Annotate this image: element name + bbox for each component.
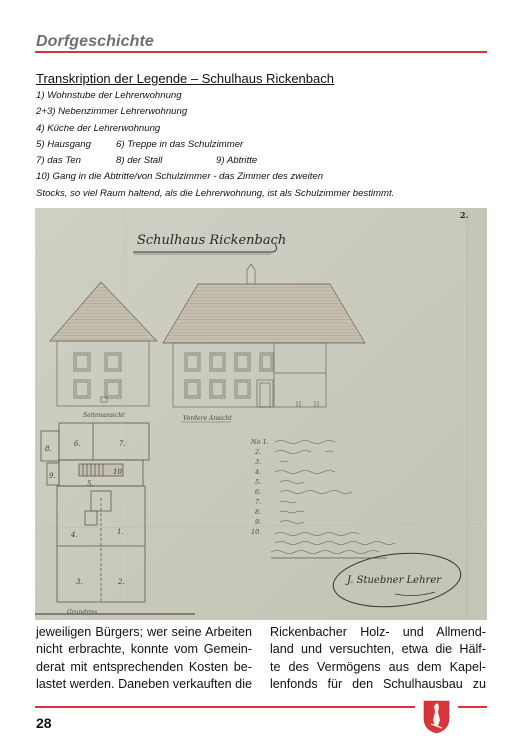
legend-number: No 1. xyxy=(250,438,269,446)
legend-item-6: 6) Treppe in das Schulzimmer xyxy=(116,137,243,153)
room-label: 10. xyxy=(113,468,124,476)
room-label: 9. xyxy=(49,472,56,480)
caption-side-elevation: Seitenansicht xyxy=(83,412,125,419)
room-label: 1. xyxy=(117,528,124,536)
body-line: Rickenbacher Holz- und Allmend- xyxy=(270,624,486,641)
legend-line-row7: 7) das Ten8) der Stall9) Abtritte xyxy=(36,153,506,169)
legend-number: 7. xyxy=(255,498,261,506)
room-label: 7. xyxy=(119,440,126,448)
room-label: 3. xyxy=(76,578,83,586)
legend-line: 2+3) Nebenzimmer Lehrerwohnung xyxy=(36,104,506,120)
body-line: nicht erbrachte, konnte vom Gemein- xyxy=(36,641,252,658)
legend-number: 2. xyxy=(254,448,261,456)
signature-text: J. Stuebner Lehrer xyxy=(345,575,442,586)
legend-line-row5: 5) Hausgang6) Treppe in das Schulzimmer xyxy=(36,137,506,153)
legend-line: 1) Wohnstube der Lehrerwohnung xyxy=(36,88,506,104)
legend-item-5: 5) Hausgang xyxy=(36,137,116,153)
header-rule xyxy=(35,51,487,53)
legend-heading: Transkription der Legende – Schulhaus Ri… xyxy=(36,71,506,86)
body-line: te des Vermögens aus dem Kapel- xyxy=(270,659,486,676)
page-number: 28 xyxy=(36,715,52,731)
legend-number: 10. xyxy=(251,528,261,536)
legend-item-7: 7) das Ten xyxy=(36,153,116,169)
legend-line-10: 10) Gang in die Abtritte/von Schulzimmer… xyxy=(36,169,506,185)
caption-front-elevation: Vordere Ansicht xyxy=(183,415,232,422)
body-line: lenfonds für den Schulhausbau zu xyxy=(270,676,486,693)
caption-plan: Grundriss xyxy=(67,609,97,616)
body-line: jeweiligen Bürgers; wer seine Arbeiten xyxy=(36,624,252,641)
body-column-right: Rickenbacher Holz- und Allmend- land und… xyxy=(270,624,486,694)
footer-rule-right xyxy=(458,706,487,708)
body-line: lastet werden. Daneben verkauften die xyxy=(36,676,252,693)
room-label: 8. xyxy=(45,445,52,453)
room-label: 4. xyxy=(70,531,78,539)
architectural-drawing: 2. Schulhaus Rickenbach Seitenansicht xyxy=(35,208,487,620)
legend-line: 4) Küche der Lehrerwohnung xyxy=(36,121,506,137)
legend-number: 9. xyxy=(255,518,261,526)
legend-item-8: 8) der Stall xyxy=(116,153,216,169)
legend-number: 8. xyxy=(255,508,261,516)
section-title: Dorfgeschichte xyxy=(36,33,154,51)
legend-line-11: Stocks, so viel Raum haltend, als die Le… xyxy=(36,186,506,202)
legend-number: 6. xyxy=(255,488,261,496)
legend-item-9: 9) Abtritte xyxy=(216,153,257,169)
room-label: 2. xyxy=(117,578,125,586)
coat-of-arms-icon xyxy=(423,700,450,734)
page-mark: 2. xyxy=(460,210,469,220)
body-line: derat mit entsprechenden Kosten be- xyxy=(36,659,252,676)
legend-number: 4. xyxy=(254,468,261,476)
legend-transcription: Transkription der Legende – Schulhaus Ri… xyxy=(36,71,506,202)
legend-number: 3. xyxy=(255,458,261,466)
footer-rule-left xyxy=(35,706,415,708)
body-line: land und versuchten, etwa die Hälf- xyxy=(270,641,486,658)
legend-number: 5. xyxy=(255,478,261,486)
historic-drawing-image: 2. Schulhaus Rickenbach Seitenansicht xyxy=(35,208,487,620)
drawing-title: Schulhaus Rickenbach xyxy=(137,233,286,248)
body-column-left: jeweiligen Bürgers; wer seine Arbeiten n… xyxy=(36,624,252,694)
room-label: 5. xyxy=(87,480,94,488)
room-label: 6. xyxy=(74,440,81,448)
